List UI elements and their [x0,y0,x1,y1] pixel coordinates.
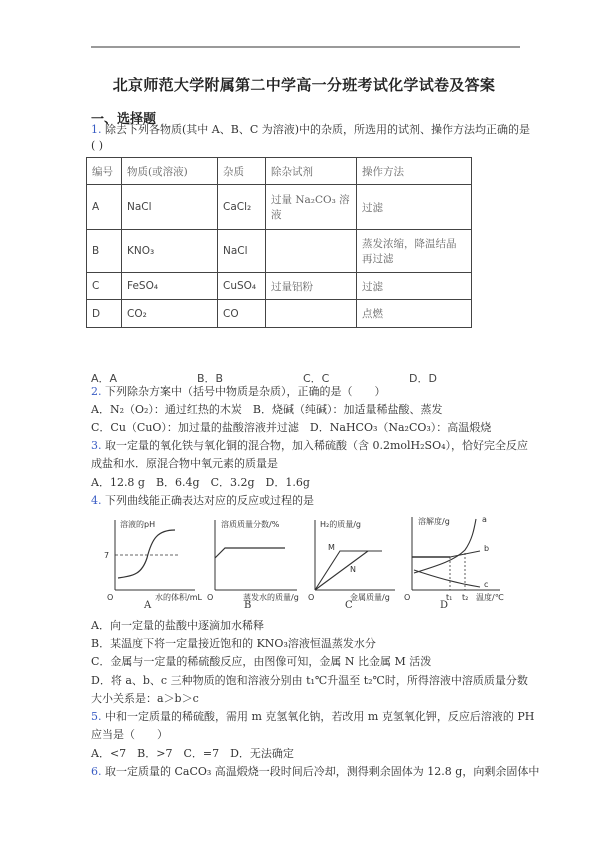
table-cell: CO₂ [122,300,218,328]
question-5-cont: 应当是（ ） [91,728,168,742]
chart-d-caption: D [440,600,448,611]
table-cell: A [87,185,122,230]
chart-a: 溶液的pH 7 O 水的体积/mL [100,518,210,602]
question-number: 3. [91,439,102,452]
question-number: 2. [91,385,102,398]
table-header: 物质(或溶液) [122,158,218,185]
table-cell: 蒸发浓缩，降温结晶再过滤 [357,230,472,273]
q2-options-line-2: C．Cu（CuO）：加过量的盐酸溶液并过滤 D．NaHCO₃（Na₂CO₃）：高… [91,421,491,435]
question-text: 下列曲线能正确表达对应的反应或过程的是 [105,494,314,507]
document-title: 北京师范大学附属第二中学高一分班考试化学试卷及答案 [0,74,608,95]
option-c: C．C [303,370,329,386]
table-cell: CuSO₄ [218,273,266,300]
table-row: B KNO₃ NaCl 蒸发浓缩，降温结晶再过滤 [87,230,472,273]
q4-option-d-cont: 大小关系是：a＞b＞c [91,692,199,706]
question-number: 1. [91,123,102,136]
q4-option-c: C．金属与一定量的稀硫酸反应，由图像可知，金属 N 比金属 M 活泼 [91,655,431,669]
table-cell: B [87,230,122,273]
question-number: 5. [91,710,102,723]
table-header: 杂质 [218,158,266,185]
y-axis-label: 溶液的pH [120,519,155,529]
question-number: 4. [91,494,102,507]
y-axis-label: 溶解度/g [418,516,450,526]
question-text: 取一定质量的 CaCO₃ 高温煅烧一段时间后冷却，测得剩余固体为 12.8 g，… [105,765,539,778]
x-axis-label: 温度/℃ [476,592,504,602]
chart-b-caption: B [244,600,251,611]
q1-table: 编号 物质(或溶液) 杂质 除杂试剂 操作方法 A NaCl CaCl₂ 过量 … [86,157,472,328]
table-cell: CaCl₂ [218,185,266,230]
question-2: 2. 下列除杂方案中（括号中物质是杂质），正确的是（ ） [91,385,386,399]
table-header: 操作方法 [357,158,472,185]
x-axis-label: 水的体积/mL [155,592,202,602]
question-3: 3. 取一定量的氧化铁与氧化铜的混合物，加入稀硫酸（含 0.2molH₂SO₄）… [91,439,528,453]
origin-label: O [107,593,113,602]
question-1: 1. 除去下列各物质(其中 A、B、C 为溶液)中的杂质，所选用的试剂、操作方法… [91,123,530,137]
table-cell: 过量 Na₂CO₃ 溶液 [266,185,357,230]
series-label-m: M [328,543,335,552]
table-cell: KNO₃ [122,230,218,273]
chart-b: 溶质质量分数/% O 蒸发水的质量/g [205,518,315,602]
table-row: A NaCl CaCl₂ 过量 Na₂CO₃ 溶液 过滤 [87,185,472,230]
question-5: 5. 中和一定质量的稀硫酸，需用 m 克氢氧化钠，若改用 m 克氢氧化钾，反应后… [91,710,534,724]
table-header-row: 编号 物质(或溶液) 杂质 除杂试剂 操作方法 [87,158,472,185]
table-cell: C [87,273,122,300]
table-cell: CO [218,300,266,328]
chart-a-caption: A [144,600,151,611]
x-axis-label: 金属质量/g [350,592,390,602]
table-cell: 过滤 [357,185,472,230]
table-cell: NaCl [218,230,266,273]
chart-c: H₂的质量/g M N O 金属质量/g [310,518,410,602]
chart-c-caption: C [345,600,353,611]
q2-options-line-1: A．N₂（O₂）：通过红热的木炭 B．烧碱（纯碱）：加适量稀盐酸、蒸发 [91,403,443,417]
table-cell: 过滤 [357,273,472,300]
tick-label: 7 [104,551,109,560]
table-cell: 过量铝粉 [266,273,357,300]
origin-label: O [207,593,213,602]
question-number: 6. [91,765,102,778]
q4-option-d: D．将 a、b、c 三种物质的饱和溶液分别由 t₁℃升温至 t₂℃时，所得溶液中… [91,674,528,688]
q3-options: A．12.8 g B．6.4g C．3.2g D．1.6g [91,476,310,490]
origin-label: O [404,593,410,602]
q4-option-b: B．某温度下将一定量接近饱和的 KNO₃溶液恒温蒸发水分 [91,637,376,651]
option-d: D．D [409,370,437,386]
table-cell: 点燃 [357,300,472,328]
table-row: D CO₂ CO 点燃 [87,300,472,328]
question-text: 取一定量的氧化铁与氧化铜的混合物，加入稀硫酸（含 0.2molH₂SO₄），恰好… [105,439,528,452]
question-4: 4. 下列曲线能正确表达对应的反应或过程的是 [91,494,314,508]
option-a: A．A [91,370,117,386]
question-text: 中和一定质量的稀硫酸，需用 m 克氢氧化钠，若改用 m 克氢氧化钾，反应后溶液的… [105,710,534,723]
series-label-a: a [482,515,487,524]
tick-label-t2: t₂ [462,593,468,602]
origin-label: O [308,593,314,602]
question-text: 下列除杂方案中（括号中物质是杂质），正确的是（ ） [105,385,386,398]
chart-d: 溶解度/g a b c O t₁ t₂ 温度/℃ [410,515,520,604]
y-axis-label: H₂的质量/g [320,519,361,529]
question-1-blank: ( ) [91,139,103,153]
table-header: 除杂试剂 [266,158,357,185]
table-cell [266,230,357,273]
q4-option-a: A．向一定量的盐酸中逐滴加水稀释 [91,619,264,633]
option-b: B．B [197,370,223,386]
series-label-b: b [484,544,489,553]
series-label-c: c [484,580,488,589]
question-6: 6. 取一定质量的 CaCO₃ 高温煅烧一段时间后冷却，测得剩余固体为 12.8… [91,765,539,779]
question-text: 除去下列各物质(其中 A、B、C 为溶液)中的杂质，所选用的试剂、操作方法均正确… [105,123,530,136]
y-axis-label: 溶质质量分数/% [221,519,280,529]
table-cell: D [87,300,122,328]
table-row: C FeSO₄ CuSO₄ 过量铝粉 过滤 [87,273,472,300]
q5-options: A．<7 B．>7 C．=7 D．无法确定 [91,747,294,761]
x-axis-label: 蒸发水的质量/g [243,592,299,602]
table-cell: FeSO₄ [122,273,218,300]
table-cell [266,300,357,328]
header-rule [91,46,520,48]
table-header: 编号 [87,158,122,185]
series-label-n: N [350,565,356,574]
table-cell: NaCl [122,185,218,230]
question-3-cont: 成盐和水．原混合物中氧元素的质量是 [91,457,278,471]
